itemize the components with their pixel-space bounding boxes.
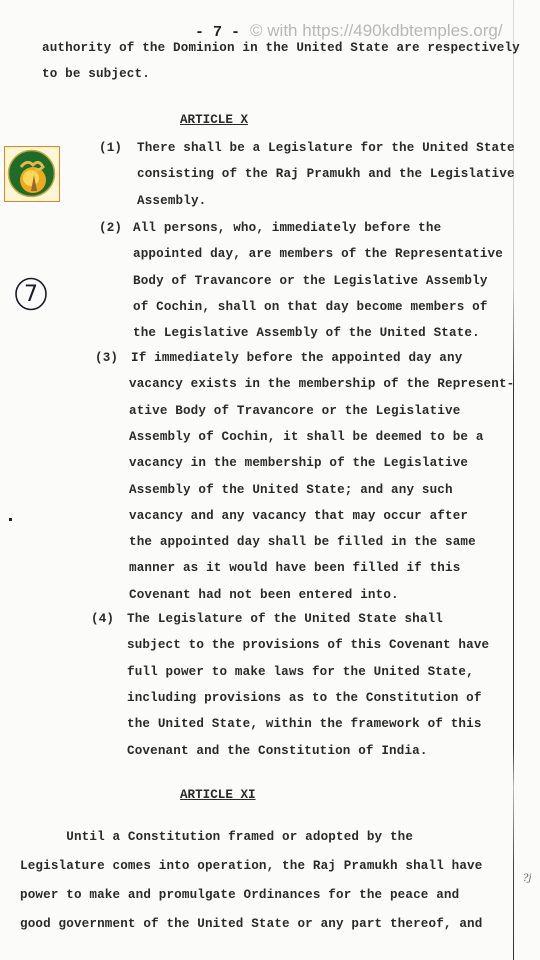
text-line: to be subject. bbox=[42, 67, 150, 81]
heading-article-x: ARTICLE X bbox=[180, 113, 248, 127]
clause-text-line: vacancy and any vacancy that may occur a… bbox=[129, 509, 468, 523]
clause-text-line: Assembly of the United State; and any su… bbox=[129, 483, 453, 497]
clause-text-line: the appointed day shall be filled in the… bbox=[129, 535, 476, 549]
text-line: Legislature comes into operation, the Ra… bbox=[20, 859, 482, 873]
clause-text-line: All persons, who, immediately before the bbox=[133, 221, 441, 235]
clause-text-line: including provisions as to the Constitut… bbox=[127, 691, 482, 705]
clause-text-line: of Cochin, shall on that day become memb… bbox=[133, 300, 488, 314]
text-line: Until a Constitution framed or adopted b… bbox=[20, 830, 413, 844]
text-line: authority of the Dominion in the United … bbox=[42, 41, 520, 55]
clause-text-line: the Legislative Assembly of the United S… bbox=[133, 326, 480, 340]
clause-number: (1) bbox=[99, 141, 122, 155]
margin-mark: ?j bbox=[523, 873, 531, 884]
clause-text-line: vacancy in the membership of the Legisla… bbox=[129, 456, 468, 470]
page-number: - 7 - bbox=[195, 24, 240, 41]
heading-article-xi: ARTICLE XI bbox=[180, 788, 256, 802]
clause-number: (4) bbox=[91, 612, 114, 626]
clause-text-line: manner as it would have been filled if t… bbox=[129, 561, 460, 575]
page-header: - 7 -© with https://490kdbtemples.org/ bbox=[177, 4, 503, 41]
clause-text-line: Covenant had not been entered into. bbox=[129, 588, 399, 602]
clause-text-line: ative Body of Travancore or the Legislat… bbox=[129, 404, 460, 418]
watermark: © with https://490kdbtemples.org/ bbox=[250, 21, 503, 40]
clause-text-line: consisting of the Raj Pramukh and the Le… bbox=[137, 167, 515, 181]
clause-text-line: subject to the provisions of this Covena… bbox=[127, 638, 489, 652]
svg-text:7: 7 bbox=[24, 282, 38, 307]
clause-text-line: The Legislature of the United State shal… bbox=[127, 612, 443, 626]
text-line: good government of the United State or a… bbox=[20, 917, 482, 931]
clause-text-line: Assembly of Cochin, it shall be deemed t… bbox=[129, 430, 484, 444]
handwritten-circled-number-icon: 7 bbox=[12, 273, 52, 313]
clause-number: (3) bbox=[95, 351, 118, 365]
clause-text-line: Body of Travancore or the Legislative As… bbox=[133, 274, 488, 288]
clause-text-line: Covenant and the Constitution of India. bbox=[127, 744, 428, 758]
clause-text-line: vacancy exists in the membership of the … bbox=[129, 377, 514, 391]
clause-text-line: the United State, within the framework o… bbox=[127, 717, 482, 731]
clause-text-line: There shall be a Legislature for the Uni… bbox=[137, 141, 515, 155]
clause-number: (2) bbox=[99, 221, 122, 235]
text-line: power to make and promulgate Ordinances … bbox=[20, 888, 459, 902]
stray-mark bbox=[9, 518, 12, 521]
clause-text-line: appointed day, are members of the Repres… bbox=[133, 247, 503, 261]
clause-text-line: If immediately before the appointed day … bbox=[131, 351, 462, 365]
clause-text-line: Assembly. bbox=[137, 194, 206, 208]
om-temple-logo-icon bbox=[5, 147, 58, 200]
clause-text-line: full power to make laws for the United S… bbox=[127, 665, 474, 679]
logo-badge bbox=[4, 146, 60, 202]
